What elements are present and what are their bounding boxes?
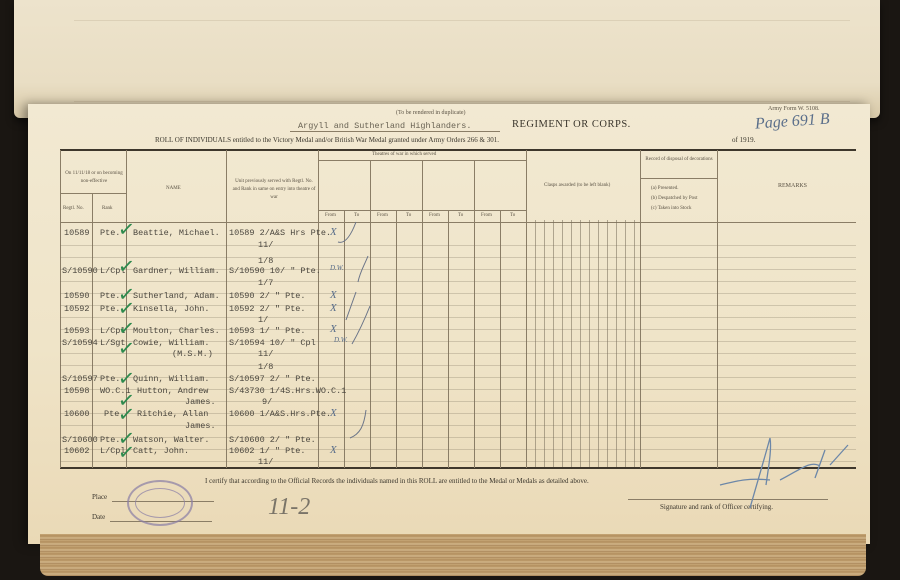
- col-unit: Unit previously served with Regtl. No. a…: [232, 178, 316, 202]
- regiment-name: Argyll and Sutherland Highlanders.: [298, 121, 471, 131]
- place-label: Place: [92, 493, 107, 501]
- col-regtl-no: Regtl. No.: [63, 206, 84, 211]
- col-remarks: REMARKS: [778, 183, 807, 189]
- disposal-c: (c) Taken into Stock: [651, 206, 692, 211]
- col-on-date: On 11/11/18 or on becoming non-effective: [63, 170, 125, 186]
- roll-title: ROLL OF INDIVIDUALS entitled to the Vict…: [155, 136, 499, 144]
- col-from-2: From: [377, 213, 388, 218]
- col-clasps: Clasps awarded (to be left blank): [544, 183, 610, 188]
- date-label: Date: [92, 513, 105, 521]
- col-disposal: Record of disposal of decorations: [644, 156, 714, 164]
- header-bottom-rule: [60, 222, 856, 223]
- previous-page: [14, 0, 880, 118]
- col-name: NAME: [166, 186, 181, 191]
- check-icon: ✓: [117, 216, 136, 242]
- handwritten-note: 11-2: [268, 494, 310, 521]
- disposal-b: (b) Despatched by Post: [651, 196, 698, 201]
- check-icon: ✓: [117, 401, 136, 427]
- col-to-3: To: [458, 213, 463, 218]
- regiment-label: REGIMENT OR CORPS.: [512, 119, 631, 130]
- col-from-4: From: [481, 213, 492, 218]
- disposal-a: (a) Presented.: [651, 186, 679, 191]
- check-icon: ✓: [117, 439, 136, 465]
- col-theatres: Theatres of war in which served: [372, 152, 436, 157]
- pencil-strokes: [330, 220, 390, 460]
- render-note: (To be rendered in duplicate): [396, 110, 466, 116]
- col-from-1: From: [325, 213, 336, 218]
- col-to-1: To: [354, 213, 359, 218]
- col-from-3: From: [429, 213, 440, 218]
- check-icon: ✓: [117, 335, 136, 361]
- page-edges: [40, 534, 866, 576]
- roll-year: of 1919.: [732, 136, 755, 144]
- officer-signature: [710, 430, 860, 510]
- regiment-underline: [290, 131, 500, 132]
- col-to-4: To: [510, 213, 515, 218]
- table-top-rule: [60, 149, 856, 151]
- certification-text: I certify that according to the Official…: [205, 477, 589, 485]
- col-rank: Rank: [102, 206, 113, 211]
- check-icon: ✓: [117, 253, 136, 279]
- office-stamp: [127, 480, 193, 526]
- col-to-2: To: [406, 213, 411, 218]
